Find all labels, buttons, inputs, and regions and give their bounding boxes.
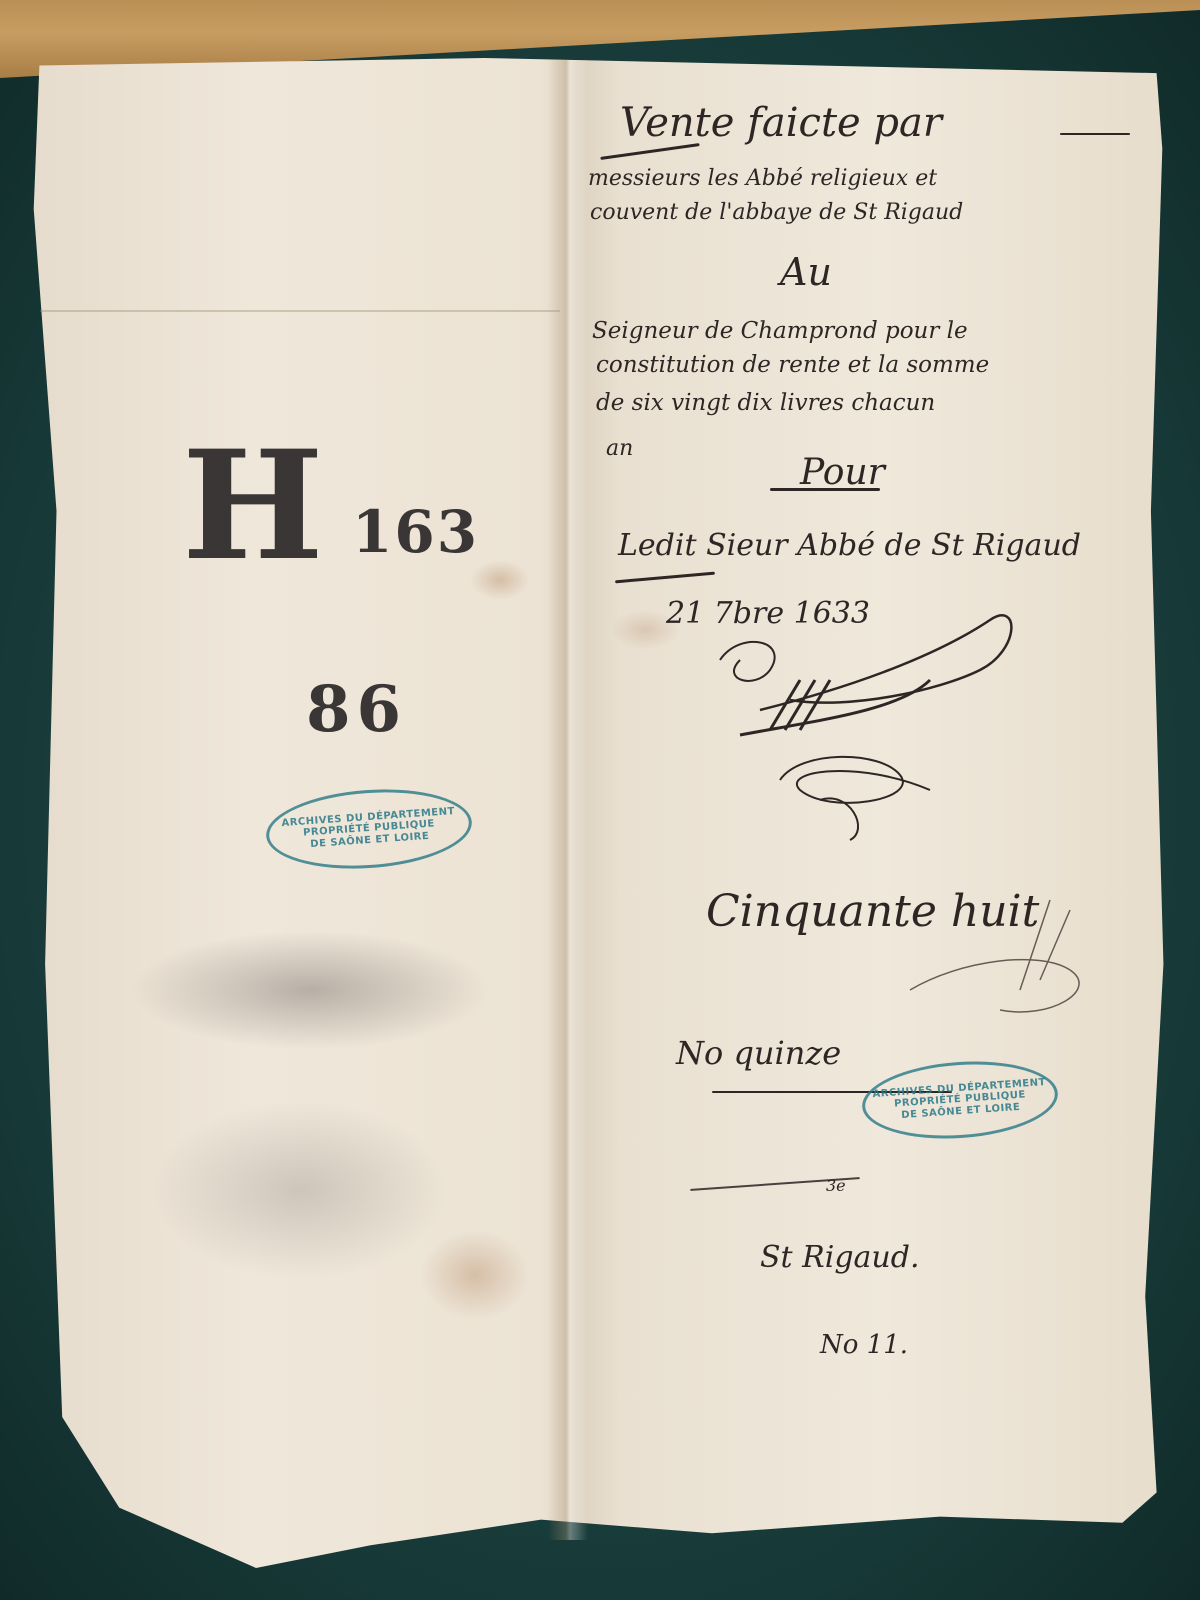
ink-smudge: [130, 930, 490, 1050]
title-line-2: messieurs les Abbé religieux et: [588, 166, 937, 191]
saint-rigaud-text: St Rigaud.: [760, 1240, 919, 1275]
ink-smudge: [150, 1100, 450, 1280]
water-stain: [470, 560, 530, 600]
numero-quinze-text: No quinze: [676, 1034, 841, 1072]
title-line-1: Vente faicte par: [620, 100, 942, 146]
series-letter: H: [182, 418, 318, 594]
body-line-1: Seigneur de Champrond pour le: [592, 318, 968, 344]
shelf-number: 163: [352, 498, 479, 566]
line-filler: [1060, 133, 1130, 135]
body-line-4: an: [606, 436, 633, 461]
body-line-2: constitution de rente et la somme: [596, 352, 989, 378]
title-line-3: couvent de l'abbaye de St Rigaud: [590, 200, 963, 225]
signature-flourish: [700, 600, 1040, 860]
folder-spine-crease: [548, 60, 588, 1540]
pour-heading: Pour: [800, 452, 885, 493]
numero-final-text: No 11.: [820, 1330, 908, 1360]
pen-underline: [770, 488, 880, 491]
folded-top-flap: [40, 70, 560, 312]
au-heading: Au: [780, 250, 832, 294]
water-stain: [420, 1230, 530, 1320]
pour-line: Ledit Sieur Abbé de St Rigaud: [618, 528, 1081, 563]
superscript-mark: 3e: [826, 1176, 846, 1195]
signature-flourish: [900, 880, 1120, 1030]
body-line-3: de six vingt dix livres chacun: [596, 390, 935, 416]
item-number: 86: [306, 672, 407, 747]
